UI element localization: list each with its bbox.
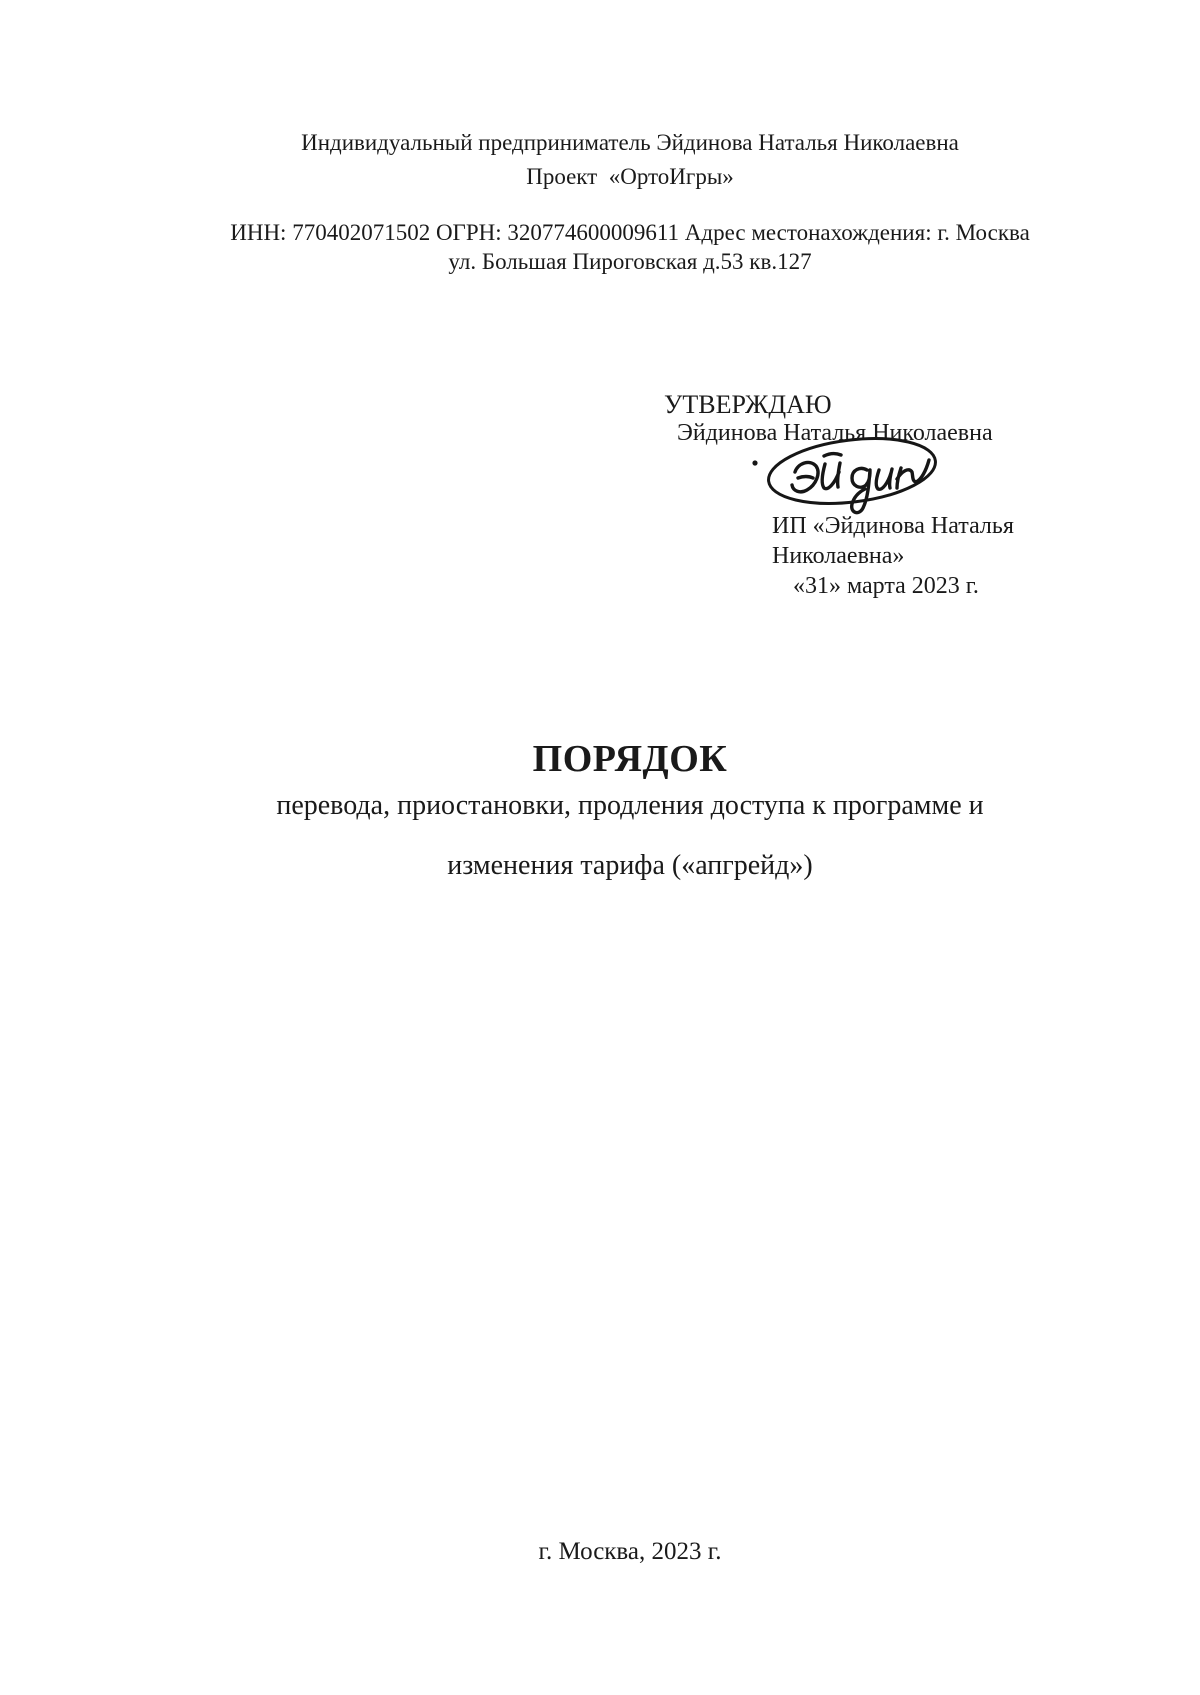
document-title: ПОРЯДОК <box>160 737 1100 781</box>
signature-stroke-n <box>897 460 929 488</box>
signature-stroke-u <box>876 469 892 489</box>
place-and-year: г. Москва, 2023 г. <box>160 1538 1100 1566</box>
approver-name: Эйдинова Наталья Николаевна <box>677 420 993 447</box>
project-name: Проект «ОртоИгры» <box>160 160 1100 194</box>
approving-entity-line2: Николаевна» <box>772 543 904 570</box>
company-requisites: ИНН: 770402071502 ОГРН: 320774600009611 … <box>160 218 1100 276</box>
company-name: Индивидуальный предприниматель Эйдинова … <box>160 126 1100 160</box>
signature-stroke-i-breve <box>822 454 841 489</box>
document-subtitle-line2: изменения тарифа («апгрейд») <box>160 850 1100 882</box>
document-page: Индивидуальный предприниматель Эйдинова … <box>0 0 1200 1695</box>
signature-stroke-d <box>852 468 870 512</box>
document-subtitle-line1: перевода, приостановки, продления доступ… <box>160 790 1100 822</box>
company-header: Индивидуальный предприниматель Эйдинова … <box>160 126 1100 194</box>
inn-ogrn-address-line: ИНН: 770402071502 ОГРН: 320774600009611 … <box>160 218 1100 247</box>
approving-entity-line1: ИП «Эйдинова Наталья <box>772 513 1014 540</box>
signature-stroke-e <box>792 462 818 491</box>
approval-label: УТВЕРЖДАЮ <box>664 390 832 420</box>
approval-date: «31» марта 2023 г. <box>793 573 979 600</box>
signature-ink-dot <box>752 460 757 465</box>
street-address-line: ул. Большая Пироговская д.53 кв.127 <box>160 247 1100 276</box>
